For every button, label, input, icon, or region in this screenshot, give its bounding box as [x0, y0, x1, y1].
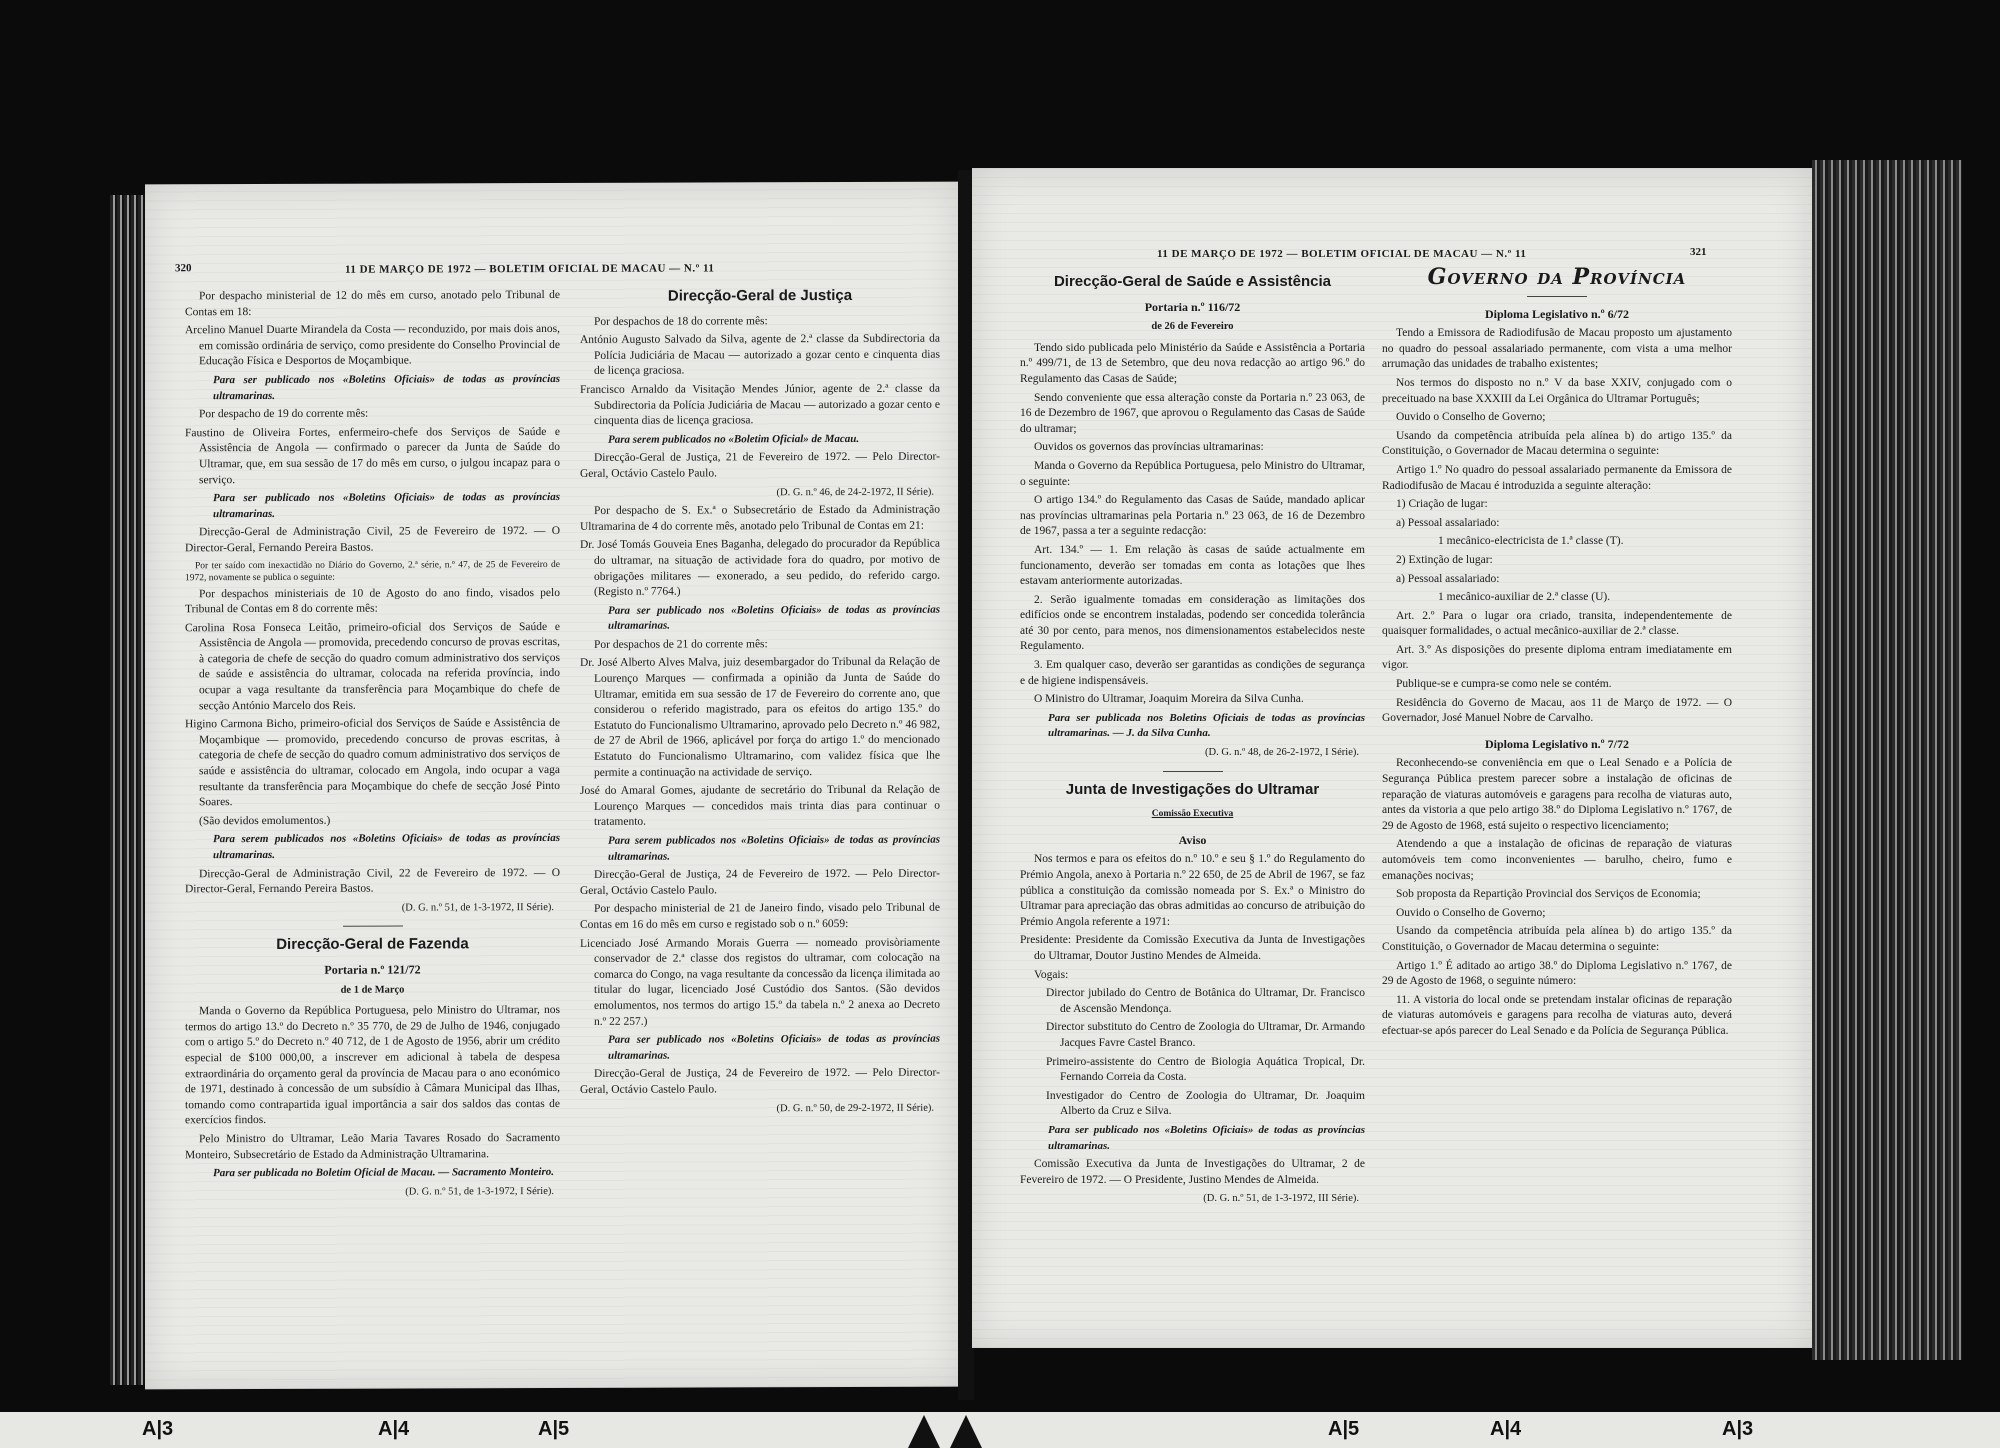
subsection-heading: Comissão Executiva	[1020, 807, 1365, 823]
entry-paragraph: Licenciado José Armando Morais Guerra — …	[580, 935, 940, 1030]
publication-note: Para ser publicado nos «Boletins Oficiai…	[580, 1032, 940, 1064]
publication-note: Para ser publicada nos Boletins Oficiais…	[1020, 711, 1365, 742]
entry-paragraph: Dr. José Tomás Gouveia Enes Baganha, del…	[580, 537, 940, 601]
paragraph: a) Pessoal assalariado:	[1382, 572, 1732, 588]
paragraph: Nos termos do disposto no n.º V da base …	[1382, 376, 1732, 407]
source-citation: (D. G. n.º 46, de 24-2-1972, II Série).	[580, 484, 940, 501]
paragraph: Manda o Governo da República Portuguesa,…	[185, 1003, 560, 1129]
list-item: Director substituto do Centro de Zoologi…	[1020, 1020, 1365, 1051]
source-citation: (D. G. n.º 51, de 1-3-1972, III Série).	[1020, 1191, 1365, 1207]
paragraph: Ouvidos os governos das províncias ultra…	[1020, 440, 1365, 456]
section-heading: Junta de Investigações do Ultramar	[1020, 782, 1365, 798]
source-citation: (D. G. n.º 51, de 1-3-1972, I Série).	[185, 1184, 560, 1201]
source-citation: (D. G. n.º 48, de 26-2-1972, I Série).	[1020, 745, 1365, 761]
film-marker: A|4	[1490, 1418, 1521, 1441]
paragraph: Ouvido o Conselho de Governo;	[1382, 906, 1732, 922]
paragraph: a) Pessoal assalariado:	[1382, 516, 1732, 532]
film-marker: A|5	[538, 1418, 569, 1441]
paragraph: 11. A vistoria do local onde se pretenda…	[1382, 993, 1732, 1040]
entry-paragraph: Faustino de Oliveira Fortes, enfermeiro-…	[185, 425, 560, 489]
paragraph: Por despachos ministeriais de 10 de Agos…	[185, 585, 560, 617]
film-marker: A|3	[142, 1418, 173, 1441]
paragraph: O Ministro do Ultramar, Joaquim Moreira …	[1020, 692, 1365, 708]
publication-note: Para serem publicados nos «Boletins Ofic…	[580, 833, 940, 865]
book-right-edge	[1812, 160, 1962, 1360]
left-page-column-1: Por despacho ministerial de 12 do mês em…	[185, 288, 560, 1204]
paragraph: Por despachos de 21 do corrente mês:	[580, 637, 940, 654]
paragraph: Usando da competência atribuída pela alí…	[1382, 924, 1732, 955]
center-triangle-right-icon	[950, 1415, 982, 1448]
paragraph: O artigo 134.º do Regulamento das Casas …	[1020, 493, 1365, 540]
divider	[1527, 296, 1587, 297]
film-strip	[0, 1412, 2000, 1448]
paragraph: 1) Criação de lugar:	[1382, 497, 1732, 513]
page-number-left: 320	[175, 262, 192, 274]
running-head-right: 11 DE MARÇO DE 1972 — BOLETIM OFICIAL DE…	[1157, 248, 1526, 260]
section-heading: Direcção-Geral de Fazenda	[185, 936, 560, 953]
entry-paragraph: Presidente: Presidente da Comissão Execu…	[1020, 933, 1365, 964]
book-left-edge	[110, 195, 146, 1385]
paragraph: Ouvido o Conselho de Governo;	[1382, 410, 1732, 426]
film-marker: A|3	[1722, 1418, 1753, 1441]
film-marker-label: A|5	[1328, 1418, 1359, 1440]
center-triangle-left-icon	[908, 1415, 940, 1448]
list-item: Primeiro-assistente do Centro de Biologi…	[1020, 1055, 1365, 1086]
paragraph: Comissão Executiva da Junta de Investiga…	[1020, 1157, 1365, 1188]
paragraph: Vogais:	[1020, 968, 1365, 984]
list-item: Investigador do Centro de Zoologia do Ul…	[1020, 1089, 1365, 1120]
paragraph: 3. Em qualquer caso, deverão ser garanti…	[1020, 658, 1365, 689]
publication-note: Para serem publicados no «Boletim Oficia…	[580, 431, 940, 448]
paragraph: Manda o Governo da República Portuguesa,…	[1020, 459, 1365, 490]
divider	[1163, 771, 1223, 772]
document-title: Diploma Legislativo n.º 6/72	[1382, 307, 1732, 323]
entry-paragraph: Francisco Arnaldo da Visitação Mendes Jú…	[580, 382, 940, 430]
list-item: 1 mecânico-electricista de 1.ª classe (T…	[1382, 534, 1732, 550]
publication-note: Para ser publicada no Boletim Oficial de…	[185, 1165, 560, 1182]
publication-note: Para ser publicado nos «Boletins Oficiai…	[185, 490, 560, 522]
entry-paragraph: António Augusto Salvado da Silva, agente…	[580, 332, 940, 380]
list-item: Director jubilado do Centro de Botânica …	[1020, 986, 1365, 1017]
running-head-left: 11 DE MARÇO DE 1972 — BOLETIM OFICIAL DE…	[345, 262, 714, 275]
paragraph: Direcção-Geral de Justiça, 24 de Feverei…	[580, 1066, 940, 1098]
paragraph: Residência do Governo de Macau, aos 11 d…	[1382, 696, 1732, 727]
section-heading: Direcção-Geral de Justiça	[580, 288, 940, 305]
right-page: 11 DE MARÇO DE 1972 — BOLETIM OFICIAL DE…	[972, 168, 1812, 1348]
document-title: Aviso	[1020, 833, 1365, 849]
paragraph: Sob proposta da Repartição Provincial do…	[1382, 887, 1732, 903]
erratum-note: Por ter saído com inexactidão no Diário …	[185, 558, 560, 583]
entry-paragraph: Higino Carmona Bicho, primeiro-oficial d…	[185, 716, 560, 811]
right-page-column-1: Direcção-Geral de Saúde e AssistênciaPor…	[1020, 266, 1365, 1210]
section-heading: Direcção-Geral de Saúde e Assistência	[1020, 274, 1365, 290]
paragraph: Artigo 1.º No quadro do pessoal assalari…	[1382, 463, 1732, 494]
paragraph: Por despacho ministerial de 21 de Janeir…	[580, 901, 940, 933]
paragraph: Por despacho ministerial de 12 do mês em…	[185, 288, 560, 320]
paragraph: Direcção-Geral de Justiça, 24 de Feverei…	[580, 867, 940, 899]
left-page: 320 11 DE MARÇO DE 1972 — BOLETIM OFICIA…	[145, 182, 960, 1390]
publication-note: Para ser publicado nos «Boletins Oficiai…	[580, 602, 940, 634]
paragraph: Pelo Ministro do Ultramar, Leão Maria Ta…	[185, 1131, 560, 1163]
entry-paragraph: Arcelino Manuel Duarte Mirandela da Cost…	[185, 322, 560, 370]
film-marker-label: A|4	[1490, 1418, 1521, 1440]
document-title: Diploma Legislativo n.º 7/72	[1382, 737, 1732, 753]
film-marker-label: A|3	[1722, 1418, 1753, 1440]
paragraph: Tendo sido publicada pelo Ministério da …	[1020, 341, 1365, 388]
paragraph: Nos termos e para os efeitos do n.º 10.º…	[1020, 852, 1365, 930]
paragraph: Por despachos de 18 do corrente mês:	[580, 313, 940, 330]
paragraph: Usando da competência atribuída pela alí…	[1382, 429, 1732, 460]
paragraph: Direcção-Geral de Administração Civil, 2…	[185, 524, 560, 556]
paragraph: Direcção-Geral de Justiça, 21 de Feverei…	[580, 450, 940, 482]
document-date: de 1 de Março	[185, 982, 560, 999]
film-marker: A|5	[1328, 1418, 1359, 1441]
source-citation: (D. G. n.º 50, de 29-2-1972, II Série).	[580, 1100, 940, 1117]
page-number-right: 321	[1690, 246, 1707, 258]
entry-paragraph: Dr. José Alberto Alves Malva, juiz desem…	[580, 655, 940, 781]
paragraph: Por despacho de S. Ex.ª o Subsecretário …	[580, 503, 940, 535]
paragraph: Artigo 1.º É aditado ao artigo 38.º do D…	[1382, 959, 1732, 990]
paragraph: 2) Extinção de lugar:	[1382, 553, 1732, 569]
section-banner: Governo da Província	[1382, 270, 1732, 286]
publication-note: Para ser publicado nos «Boletins Oficiai…	[185, 372, 560, 404]
divider	[343, 926, 403, 927]
document-title: Portaria n.º 116/72	[1020, 300, 1365, 316]
paragraph: Reconhecendo-se conveniência em que o Le…	[1382, 756, 1732, 834]
publication-note: Para ser publicado nos «Boletins Oficiai…	[1020, 1123, 1365, 1154]
paragraph: Art. 2.º Para o lugar ora criado, transi…	[1382, 609, 1732, 640]
paragraph: Por despacho de 19 do corrente mês:	[185, 406, 560, 423]
list-item: 1 mecânico-auxiliar de 2.ª classe (U).	[1382, 590, 1732, 606]
paragraph: Atendendo a que a instalação de oficinas…	[1382, 837, 1732, 884]
paragraph: Art. 3.º As disposições do presente dipl…	[1382, 643, 1732, 674]
source-citation: (D. G. n.º 51, de 1-3-1972, II Série).	[185, 900, 560, 917]
paragraph: Tendo a Emissora de Radiodifusão de Maca…	[1382, 326, 1732, 373]
film-marker-label: A|4	[378, 1418, 409, 1440]
paragraph: Sendo conveniente que essa alteração con…	[1020, 391, 1365, 438]
film-marker: A|4	[378, 1418, 409, 1441]
left-page-column-2: Direcção-Geral de JustiçaPor despachos d…	[580, 280, 940, 1120]
paragraph: 2. Serão igualmente tomadas em considera…	[1020, 593, 1365, 655]
paragraph: Direcção-Geral de Administração Civil, 2…	[185, 866, 560, 898]
publication-note: Para serem publicados nos «Boletins Ofic…	[185, 831, 560, 863]
document-date: de 26 de Fevereiro	[1020, 319, 1365, 335]
entry-paragraph: Carolina Rosa Fonseca Leitão, primeiro-o…	[185, 620, 560, 715]
paragraph: (São devidos emolumentos.)	[185, 813, 560, 830]
film-marker-label: A|5	[538, 1418, 569, 1440]
paragraph: Publique-se e cumpra-se como nele se con…	[1382, 677, 1732, 693]
document-title: Portaria n.º 121/72	[185, 962, 560, 979]
right-page-column-2: Governo da ProvínciaDiploma Legislativo …	[1382, 266, 1732, 1043]
film-marker-label: A|3	[142, 1418, 173, 1440]
paragraph: Art. 134.º — 1. Em relação às casas de s…	[1020, 543, 1365, 590]
entry-paragraph: José do Amaral Gomes, ajudante de secret…	[580, 783, 940, 831]
